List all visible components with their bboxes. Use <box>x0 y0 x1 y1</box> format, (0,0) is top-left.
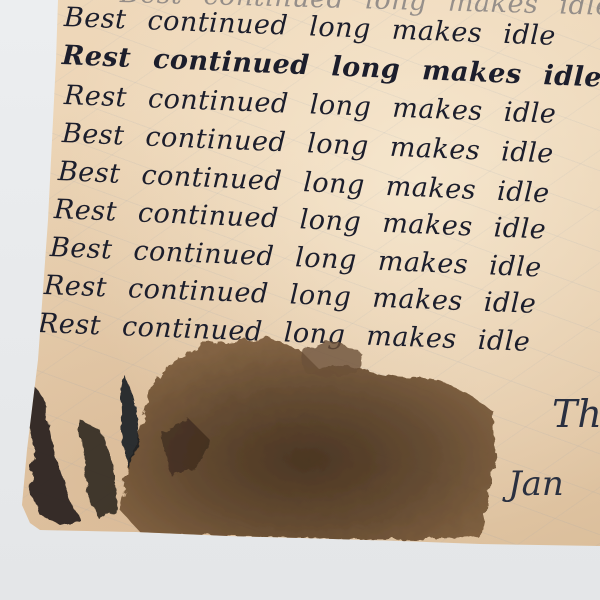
signature-line-1: Th <box>552 392 600 436</box>
signature-line-2: Jan <box>508 464 564 504</box>
copybook-page: Best continued long makes idle Best cont… <box>0 0 600 600</box>
photo-scene: Best continued long makes idle Best cont… <box>0 0 600 600</box>
